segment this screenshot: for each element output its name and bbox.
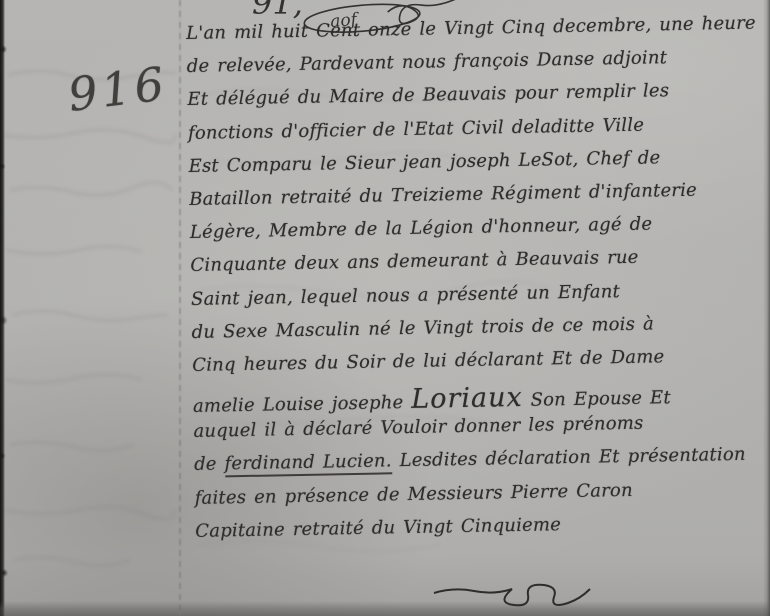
line-text: amelie Louise josephe <box>193 392 412 417</box>
manuscript-body: L'an mil huit Cent onze le Vingt Cinq de… <box>186 12 770 554</box>
closing-flourish-icon <box>432 563 592 611</box>
child-given-names-underlined: ferdinand Lucien. <box>224 451 392 478</box>
register-page: 91, aof 916 L'an mil huit Cent onze le V… <box>0 0 770 616</box>
line-text: de <box>194 454 225 476</box>
fold-crease-line <box>179 0 181 616</box>
page-bottom-shadow <box>0 601 770 616</box>
act-number: 916 <box>65 56 171 122</box>
mother-surname-large: Loriaux <box>411 382 523 415</box>
previous-entry-fragment: 91, <box>252 0 303 22</box>
line-text: Son Epouse Et <box>523 387 671 411</box>
line-text: Lesdites déclaration Et présentation <box>391 444 745 471</box>
page-left-edge-blotches <box>0 0 10 616</box>
